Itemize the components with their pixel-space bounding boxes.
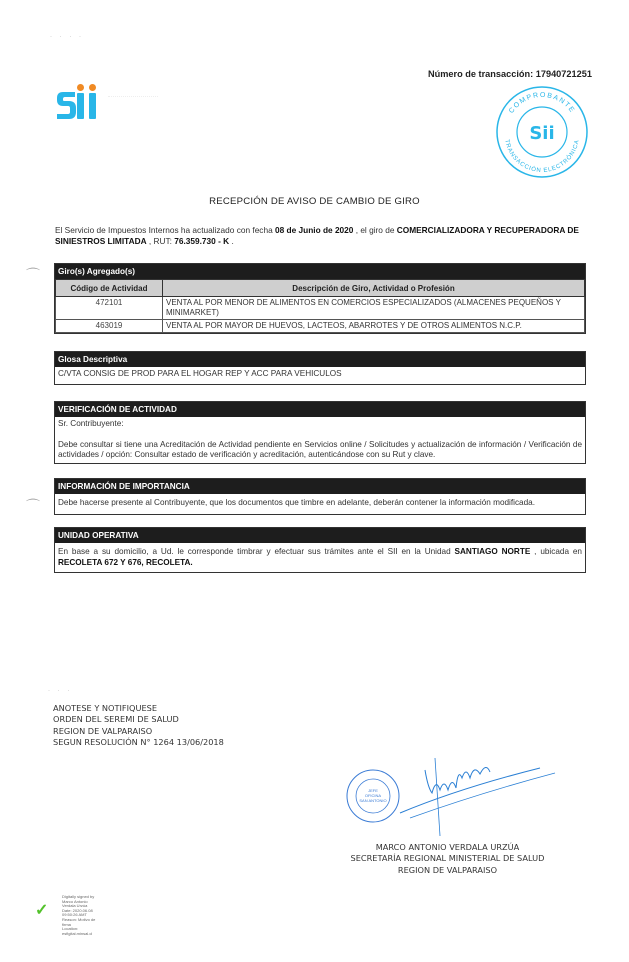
- unidad-text: En base a su domicilio, a Ud. le corresp…: [55, 543, 585, 572]
- verificacion-header: VERIFICACIÓN DE ACTIVIDAD: [55, 402, 585, 417]
- transaction-number: Número de transacción: 17940721251: [428, 69, 592, 79]
- footer-scribble: · · ·: [48, 688, 72, 694]
- glosa-section: Glosa Descriptiva C/VTA CONSIG DE PROD P…: [54, 351, 586, 385]
- intro-text: El Servicio de Impuestos Internos ha act…: [55, 225, 275, 235]
- activity-code: 463019: [56, 320, 163, 333]
- column-header-code: Código de Actividad: [56, 280, 163, 297]
- logo-subtitle: [108, 96, 158, 107]
- signature-icon: JEFE OFICINA SAN ANTONIO: [340, 748, 570, 838]
- unidad-section: UNIDAD OPERATIVA En base a su domicilio,…: [54, 527, 586, 573]
- verificacion-body: Sr. Contribuyente: Debe consultar si tie…: [55, 417, 585, 463]
- transaction-value: 17940721251: [536, 69, 592, 79]
- intro-paragraph: El Servicio de Impuestos Internos ha act…: [55, 225, 585, 247]
- activity-code: 472101: [56, 297, 163, 320]
- digital-signature-text: Digitally signed by Marco Antonio Verdal…: [62, 895, 112, 936]
- punch-mark: ⌒: [26, 265, 40, 285]
- importancia-header: INFORMACIÓN DE IMPORTANCIA: [55, 479, 585, 494]
- importancia-section: INFORMACIÓN DE IMPORTANCIA Debe hacerse …: [54, 478, 586, 515]
- document-title: RECEPCIÓN DE AVISO DE CAMBIO DE GIRO: [0, 196, 629, 207]
- signer-name: MARCO ANTONIO VERDALA URZÚA: [330, 842, 565, 853]
- svg-text:Sii: Sii: [529, 123, 554, 144]
- electronic-stamp-icon: COMPROBANTE TRANSACCIÓN ELECTRÓNICA Sii: [495, 85, 589, 179]
- change-date: 08 de Junio de 2020: [275, 225, 353, 235]
- glosa-header: Glosa Descriptiva: [55, 352, 585, 367]
- signer-region: REGION DE VALPARAISO: [330, 865, 565, 876]
- transaction-label: Número de transacción:: [428, 69, 533, 79]
- resolution-line: REGION DE VALPARAISO: [53, 726, 224, 737]
- unidad-text-part: En base a su domicilio, a Ud. le corresp…: [58, 547, 455, 556]
- logo-dot-icon: [77, 84, 84, 91]
- logo-dot-icon: [89, 84, 96, 91]
- resolution-line: SEGUN RESOLUCIÓN N° 1264 13/06/2018: [53, 737, 224, 748]
- unit-address: RECOLETA 672 Y 676, RECOLETA.: [58, 558, 193, 567]
- checkmark-icon: ✓: [35, 900, 48, 920]
- verificacion-section: VERIFICACIÓN DE ACTIVIDAD Sr. Contribuye…: [54, 401, 586, 464]
- salutation: Sr. Contribuyente:: [58, 419, 582, 430]
- resolution-block: ANOTESE Y NOTIFIQUESE ORDEN DEL SEREMI D…: [53, 703, 224, 749]
- column-header-description: Descripción de Giro, Actividad o Profesi…: [163, 280, 585, 297]
- resolution-line: ORDEN DEL SEREMI DE SALUD: [53, 714, 224, 725]
- giros-section: Giro(s) Agregado(s) Código de Actividad …: [54, 263, 586, 334]
- activity-description: VENTA AL POR MAYOR DE HUEVOS, LACTEOS, A…: [163, 320, 585, 333]
- verificacion-text: Debe consultar si tiene una Acreditación…: [58, 440, 582, 461]
- logo-i-icon: [77, 93, 84, 119]
- company-rut: 76.359.730 - K: [174, 236, 229, 246]
- table-row: 463019 VENTA AL POR MAYOR DE HUEVOS, LAC…: [56, 320, 585, 333]
- signer-block: MARCO ANTONIO VERDALA URZÚA SECRETARÍA R…: [330, 842, 565, 876]
- top-scribble: · · · ·: [50, 34, 84, 40]
- punch-mark: ⌒: [26, 496, 40, 516]
- logo-i-icon: [89, 93, 96, 119]
- digital-signature-line: esfigital.minsal.cl: [62, 932, 112, 937]
- unidad-text-part: , ubicada en: [530, 547, 582, 556]
- logo-s-icon: [55, 90, 77, 120]
- signer-title: SECRETARÍA REGIONAL MINISTERIAL DE SALUD: [330, 853, 565, 864]
- importancia-text: Debe hacerse presente al Contribuyente, …: [55, 494, 585, 514]
- intro-text: .: [229, 236, 234, 246]
- intro-text: , el giro de: [353, 225, 396, 235]
- giros-header: Giro(s) Agregado(s): [55, 264, 585, 279]
- activity-description: VENTA AL POR MENOR DE ALIMENTOS EN COMER…: [163, 297, 585, 320]
- glosa-text: C/VTA CONSIG DE PROD PARA EL HOGAR REP Y…: [55, 367, 585, 384]
- sii-logo: [55, 82, 101, 122]
- unit-name: SANTIAGO NORTE: [455, 547, 531, 556]
- svg-text:COMPROBANTE: COMPROBANTE: [508, 92, 576, 115]
- svg-text:SAN ANTONIO: SAN ANTONIO: [359, 798, 386, 803]
- intro-text: , RUT:: [147, 236, 175, 246]
- resolution-line: ANOTESE Y NOTIFIQUESE: [53, 703, 224, 714]
- unidad-header: UNIDAD OPERATIVA: [55, 528, 585, 543]
- giros-table: Código de Actividad Descripción de Giro,…: [55, 279, 585, 333]
- table-row: 472101 VENTA AL POR MENOR DE ALIMENTOS E…: [56, 297, 585, 320]
